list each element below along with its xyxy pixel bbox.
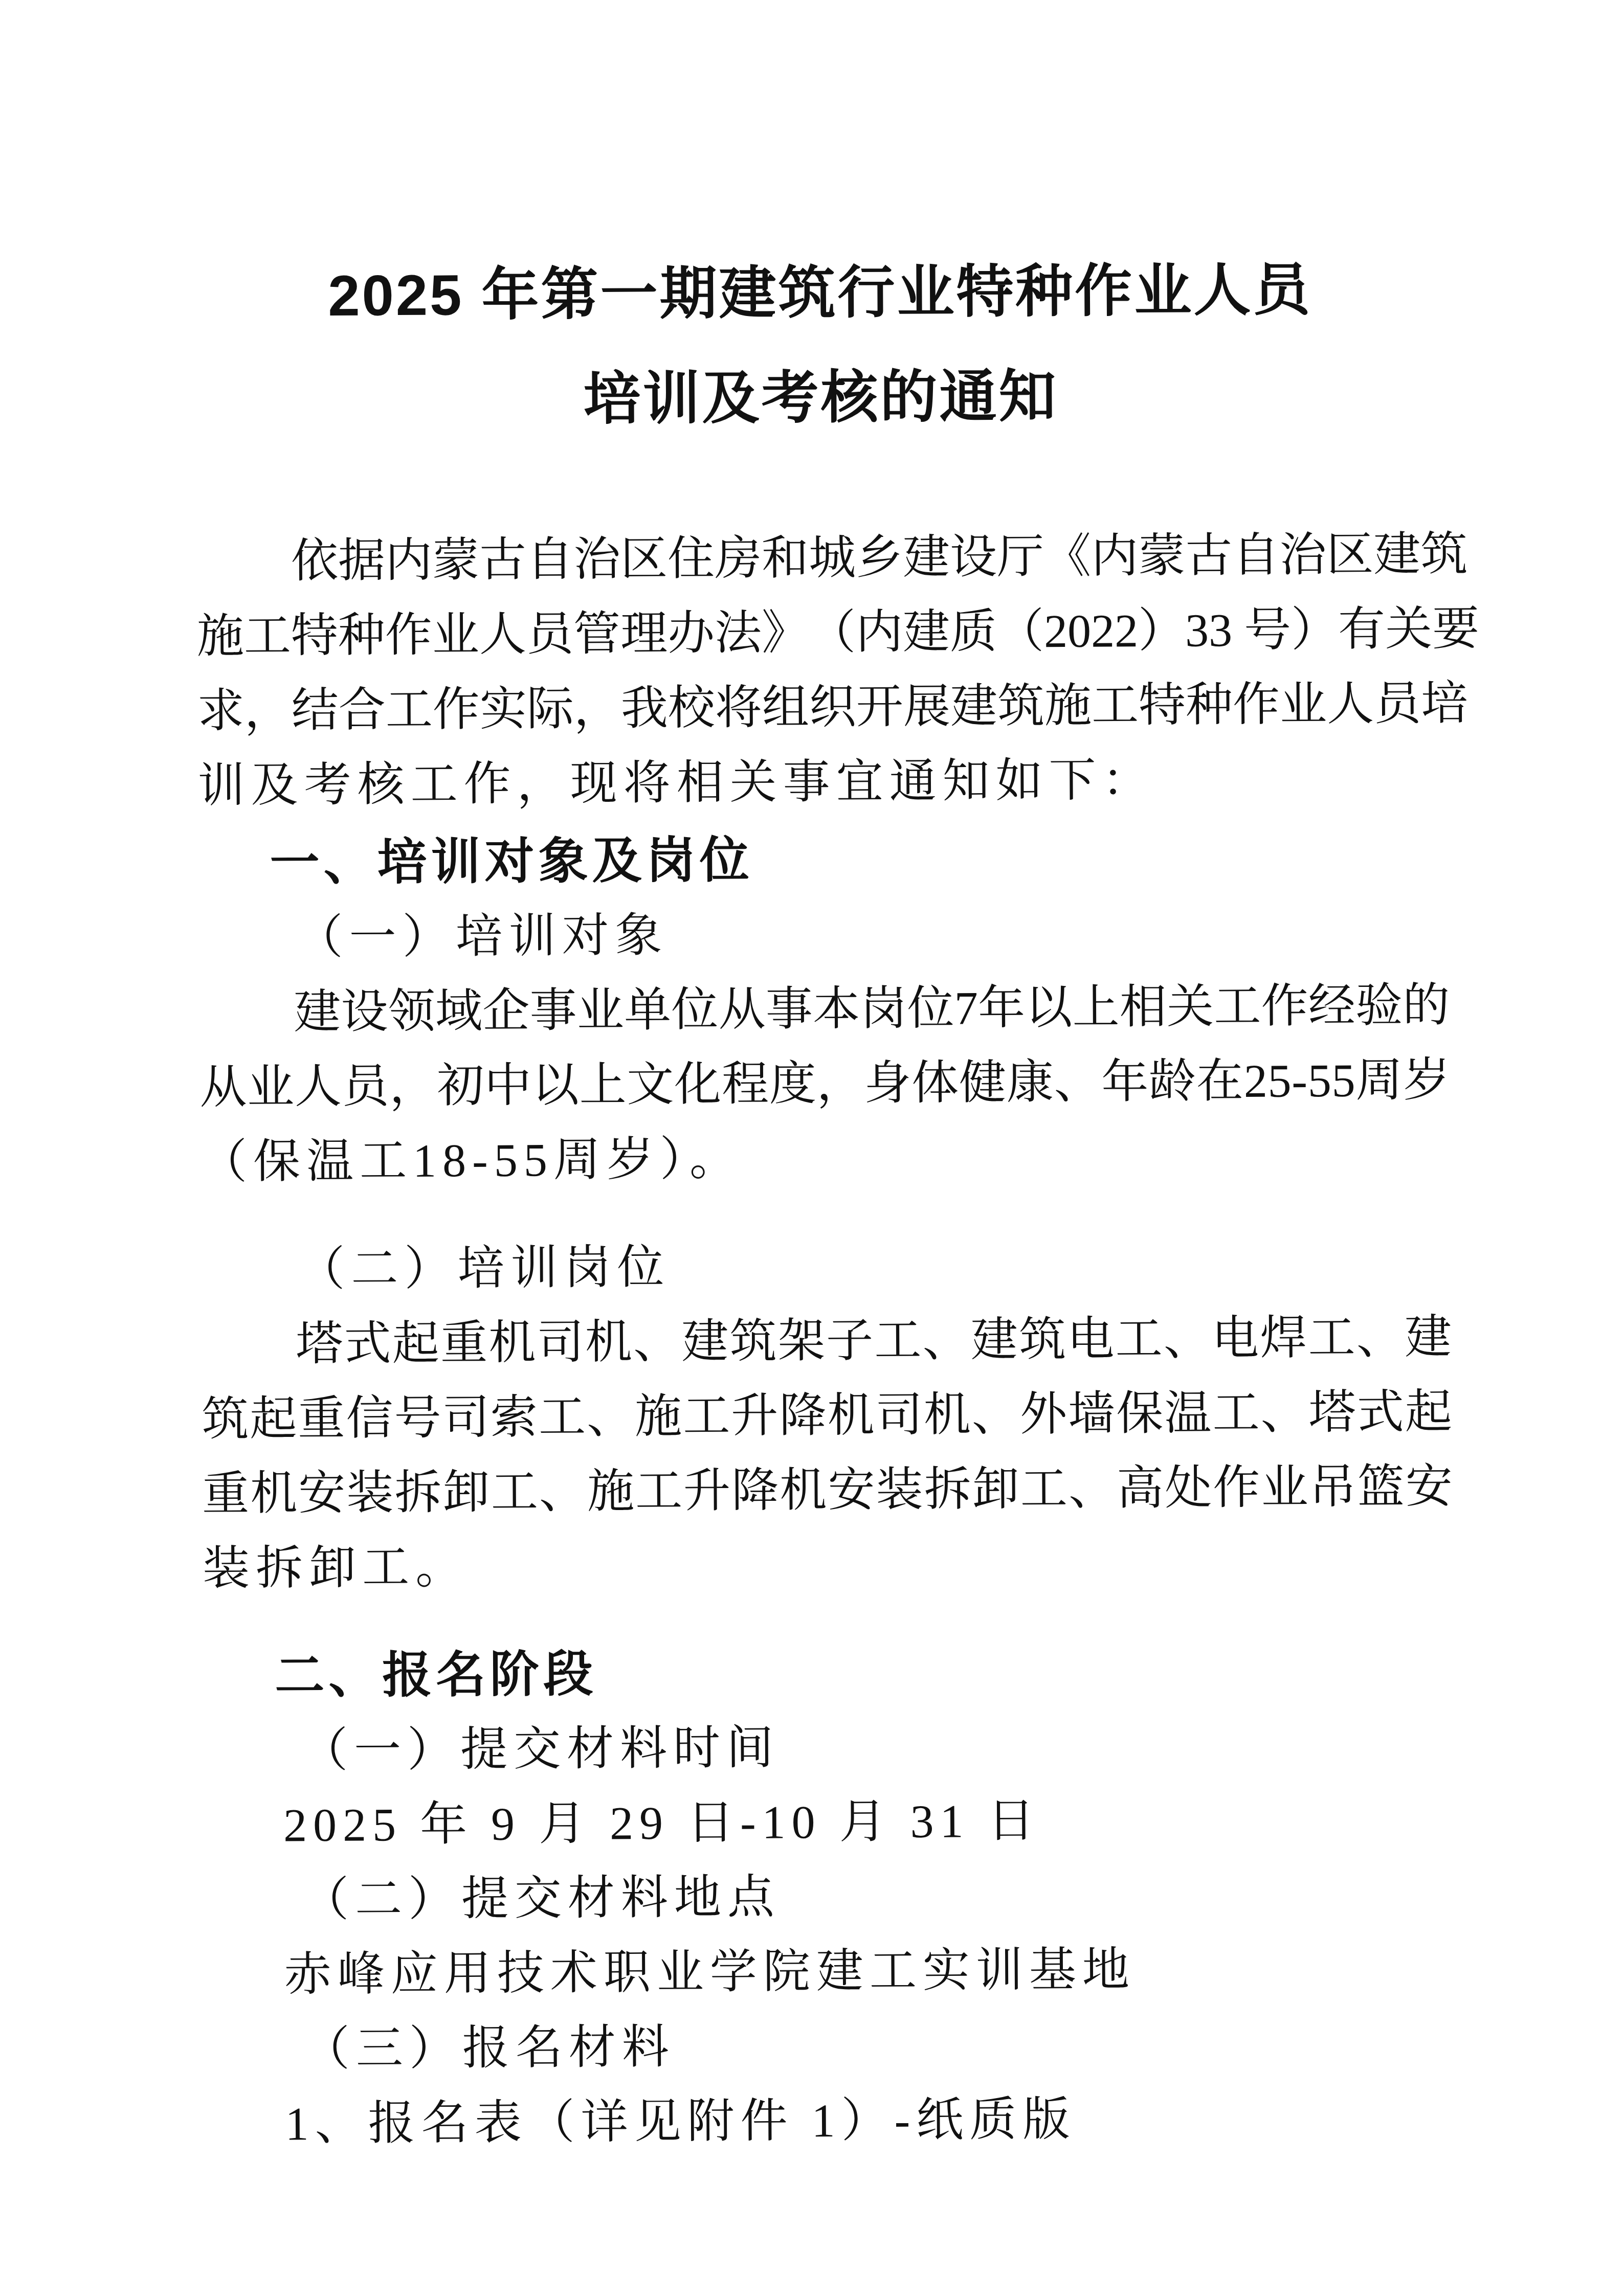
intro-paragraph: 依据内蒙古自治区住房和城乡建设厅《内蒙古自治区建筑 施工特种作业人员管理办法》（… [196,517,1449,823]
section2-item-2: （二）提交材料地点 赤峰应用技术职业学院建工实训基地 [205,1855,1456,2012]
body-line: （保温工18-55周岁）。 [200,1117,1451,1200]
section2-item-3: （三）报名材料 1、报名表（详见附件 1）-纸质版 [205,2005,1457,2162]
section2-item-1: （一）提交材料时间 2025 年 9 月 29 日-10 月 31 日 [204,1706,1455,1863]
item-heading: （三）报名材料 [205,2005,1456,2087]
document-body: 2025 年第一期建筑行业特种作业人员 培训及考核的通知 依据内蒙古自治区住房和… [193,0,1457,2162]
intro-line: 依据内蒙古自治区住房和城乡建设厅《内蒙古自治区建筑 [196,517,1448,599]
title-line-2: 培训及考核的通知 [195,342,1446,454]
body-line: 重机安装拆卸工、施工升降机安装拆卸工、高处作业吊篮安 [202,1449,1453,1532]
item-heading: （一）提交材料时间 [204,1706,1455,1788]
item-value: 赤峰应用技术职业学院建工实训基地 [205,1930,1456,2012]
scanned-notice-page: 2025 年第一期建筑行业特种作业人员 培训及考核的通知 依据内蒙古自治区住房和… [0,0,1624,2296]
title-line-1: 2025 年第一期建筑行业特种作业人员 [194,237,1445,349]
body-line: 装拆卸工。 [203,1524,1454,1606]
intro-line: 施工特种作业人员管理办法》（内建质（2022）33 号）有关要 [196,592,1448,674]
document-title: 2025 年第一期建筑行业特种作业人员 培训及考核的通知 [194,237,1446,454]
section1-sub1-paragraph: 建设领域企事业单位从事本岗位7年以上相关工作经验的 从业人员，初中以上文化程度，… [199,968,1451,1200]
item-value: 2025 年 9 月 29 日-10 月 31 日 [204,1781,1455,1863]
section1-heading: 一、培训对象及岗位 [198,819,1449,901]
intro-line: 求，结合工作实际，我校将组织开展建筑施工特种作业人员培 [197,666,1448,749]
body-line: 塔式起重机司机、建筑架子工、建筑电工、电焊工、建 [201,1300,1452,1382]
body-line: 建设领域企事业单位从事本岗位7年以上相关工作经验的 [199,968,1450,1050]
intro-line: 训及考核工作，现将相关事宜通知如下： [197,741,1449,823]
item-value: 1、报名表（详见附件 1）-纸质版 [206,2079,1457,2162]
body-line: 筑起重信号司索工、施工升降机司机、外墙保温工、塔式起 [202,1375,1453,1457]
item-heading: （二）提交材料地点 [205,1855,1456,1938]
body-line: 从业人员，初中以上文化程度，身体健康、年龄在25-55周岁 [199,1043,1451,1125]
section1-sub2-heading: （二）培训岗位 [201,1225,1452,1308]
section1-sub1-heading: （一）培训对象 [198,893,1450,976]
section1-sub2-paragraph: 塔式起重机司机、建筑架子工、建筑电工、电焊工、建 筑起重信号司索工、施工升降机司… [201,1300,1454,1606]
section2-heading: 二、报名阶段 [203,1631,1454,1714]
